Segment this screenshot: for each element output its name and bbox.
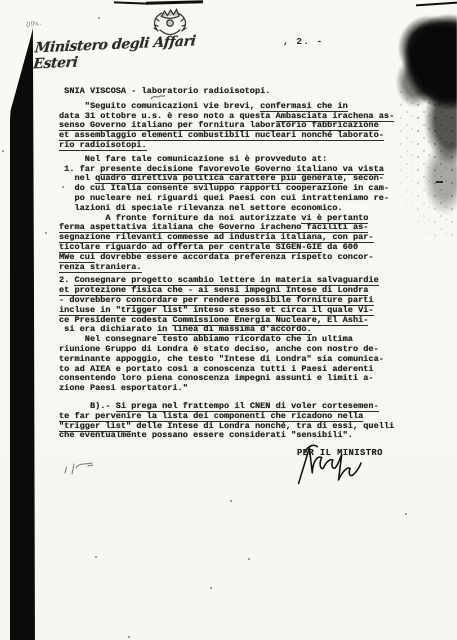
document-line: SNIA VISCOSA - laboratorio radioisotopi.	[59, 87, 413, 97]
page-number: , 2. -	[283, 36, 323, 47]
noise-speck	[2, 150, 4, 152]
scan-edge-shadow	[10, 28, 36, 640]
noise-speck	[248, 558, 250, 560]
handwritten-signature-icon	[291, 439, 381, 490]
scan-artifact-line	[146, 0, 203, 4]
document-body: SNIA VISCOSA - laboratorio radioisotopi.…	[59, 87, 413, 458]
letterhead-ministry-name: Ministero degli Affari Esteri	[33, 32, 236, 73]
pencil-annotation: 09x.	[25, 19, 41, 29]
handwritten-pencil-scribble	[62, 460, 96, 478]
document-line: rio radioisotopi.	[59, 141, 413, 151]
noise-speck	[230, 500, 232, 502]
scan-artifact-line	[416, 2, 457, 7]
document-line: zione Paesi esportatori."	[59, 384, 413, 394]
noise-speck	[128, 636, 130, 638]
document-line: renza straniera.	[59, 263, 413, 273]
noise-speck	[405, 513, 407, 515]
stray-dash-mark	[436, 181, 443, 183]
noise-speck	[45, 232, 47, 234]
noise-speck	[98, 17, 100, 19]
ministry-crest-icon	[149, 6, 191, 36]
scanned-document-page: Ministero degli Affari Esteri , 2. - 09x…	[0, 0, 457, 640]
noise-speck	[210, 587, 212, 589]
scan-artifact-line	[114, 1, 147, 4]
noise-speck	[95, 556, 97, 558]
